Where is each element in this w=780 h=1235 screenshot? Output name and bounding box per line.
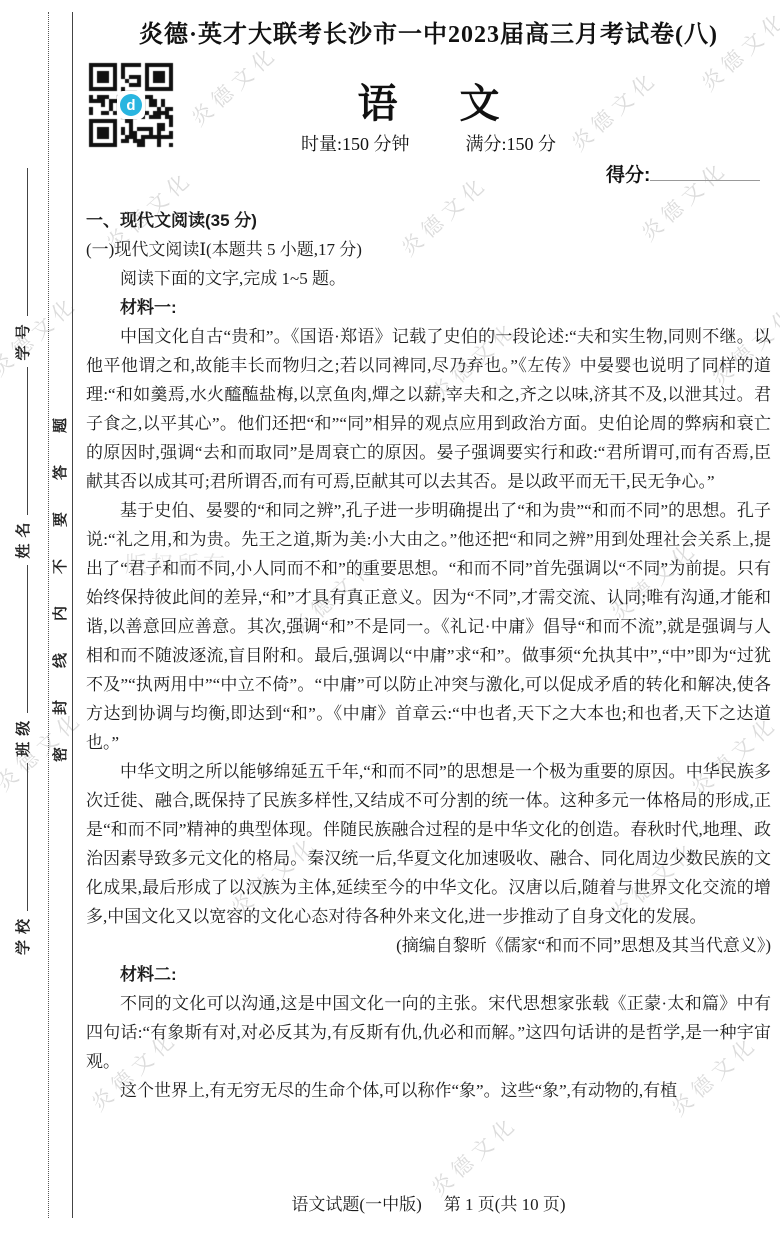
watermark: 炎德文化 — [424, 1108, 524, 1203]
subject-title: 语文 — [86, 72, 771, 129]
material-1-paragraph: 中华文明之所以能够绵延五千年,“和而不同”的思想是一个极为重要的原因。中华民族多… — [86, 757, 771, 931]
material-2-paragraph: 不同的文化可以沟通,这是中国文化一向的主张。宋代思想家张载《正蒙·太和篇》中有四… — [86, 989, 771, 1076]
student-info-fields: 学校 班级 姓名 学号 — [12, 166, 33, 955]
studentid-field-label: 学号 — [15, 318, 32, 360]
subject-char-2: 文 — [460, 81, 500, 126]
total-score-label: 满分:150 分 — [466, 134, 557, 154]
material-1-source: (摘编自黎昕《儒家“和而不同”思想及其当代意义》) — [86, 931, 771, 960]
school-field-label: 学校 — [15, 913, 32, 955]
school-field-blank — [13, 763, 28, 911]
score-field: 得分: — [606, 160, 760, 187]
class-field-blank — [13, 565, 28, 713]
footer-page-number: 第 1 页(共 10 页) — [444, 1195, 566, 1214]
class-field-label: 班级 — [15, 715, 32, 757]
studentid-field-blank — [13, 168, 28, 316]
seal-solid-line — [72, 12, 73, 1218]
exam-meta: 时量:150 分钟满分:150 分 — [86, 130, 771, 156]
score-blank — [650, 164, 760, 181]
material-2-paragraph: 这个世界上,有无穷无尽的生命个体,可以称作“象”。这些“象”,有动物的,有植 — [86, 1076, 771, 1105]
subsection-title: (一)现代文阅读Ⅰ(本题共 5 小题,17 分) — [86, 235, 771, 264]
name-field-blank — [13, 367, 28, 515]
material-2-label: 材料二: — [86, 960, 771, 989]
page-footer: 语文试题(一中版)第 1 页(共 10 页) — [86, 1190, 771, 1215]
exam-body: 一、现代文阅读(35 分) (一)现代文阅读Ⅰ(本题共 5 小题,17 分) 阅… — [86, 206, 771, 1105]
subject-char-1: 语 — [358, 81, 398, 126]
duration-label: 时量:150 分钟 — [301, 134, 410, 154]
exam-paper-page: 炎德文化 炎德文化 炎德文化 炎德文化 炎德文化 炎德文化 炎德文化 炎德文化 … — [0, 0, 780, 1235]
name-field-label: 姓名 — [15, 517, 32, 559]
seal-warning-text: 密封线内不要答题 — [49, 386, 70, 762]
reading-instruction: 阅读下面的文字,完成 1~5 题。 — [86, 264, 771, 293]
score-label: 得分: — [606, 165, 650, 186]
section-1-title: 一、现代文阅读(35 分) — [86, 206, 771, 235]
material-1-paragraph: 中国文化自古“贵和”。《国语·郑语》记载了史伯的一段论述:“夫和实生物,同则不继… — [86, 322, 771, 496]
material-1-label: 材料一: — [86, 293, 771, 322]
exam-title: 炎德·英才大联考长沙市一中2023届高三月考试卷(八) — [86, 14, 771, 49]
material-1-paragraph: 基于史伯、晏婴的“和同之辨”,孔子进一步明确提出了“和为贵”“和而不同”的思想。… — [86, 496, 771, 757]
footer-doc-label: 语文试题(一中版) — [291, 1195, 421, 1214]
